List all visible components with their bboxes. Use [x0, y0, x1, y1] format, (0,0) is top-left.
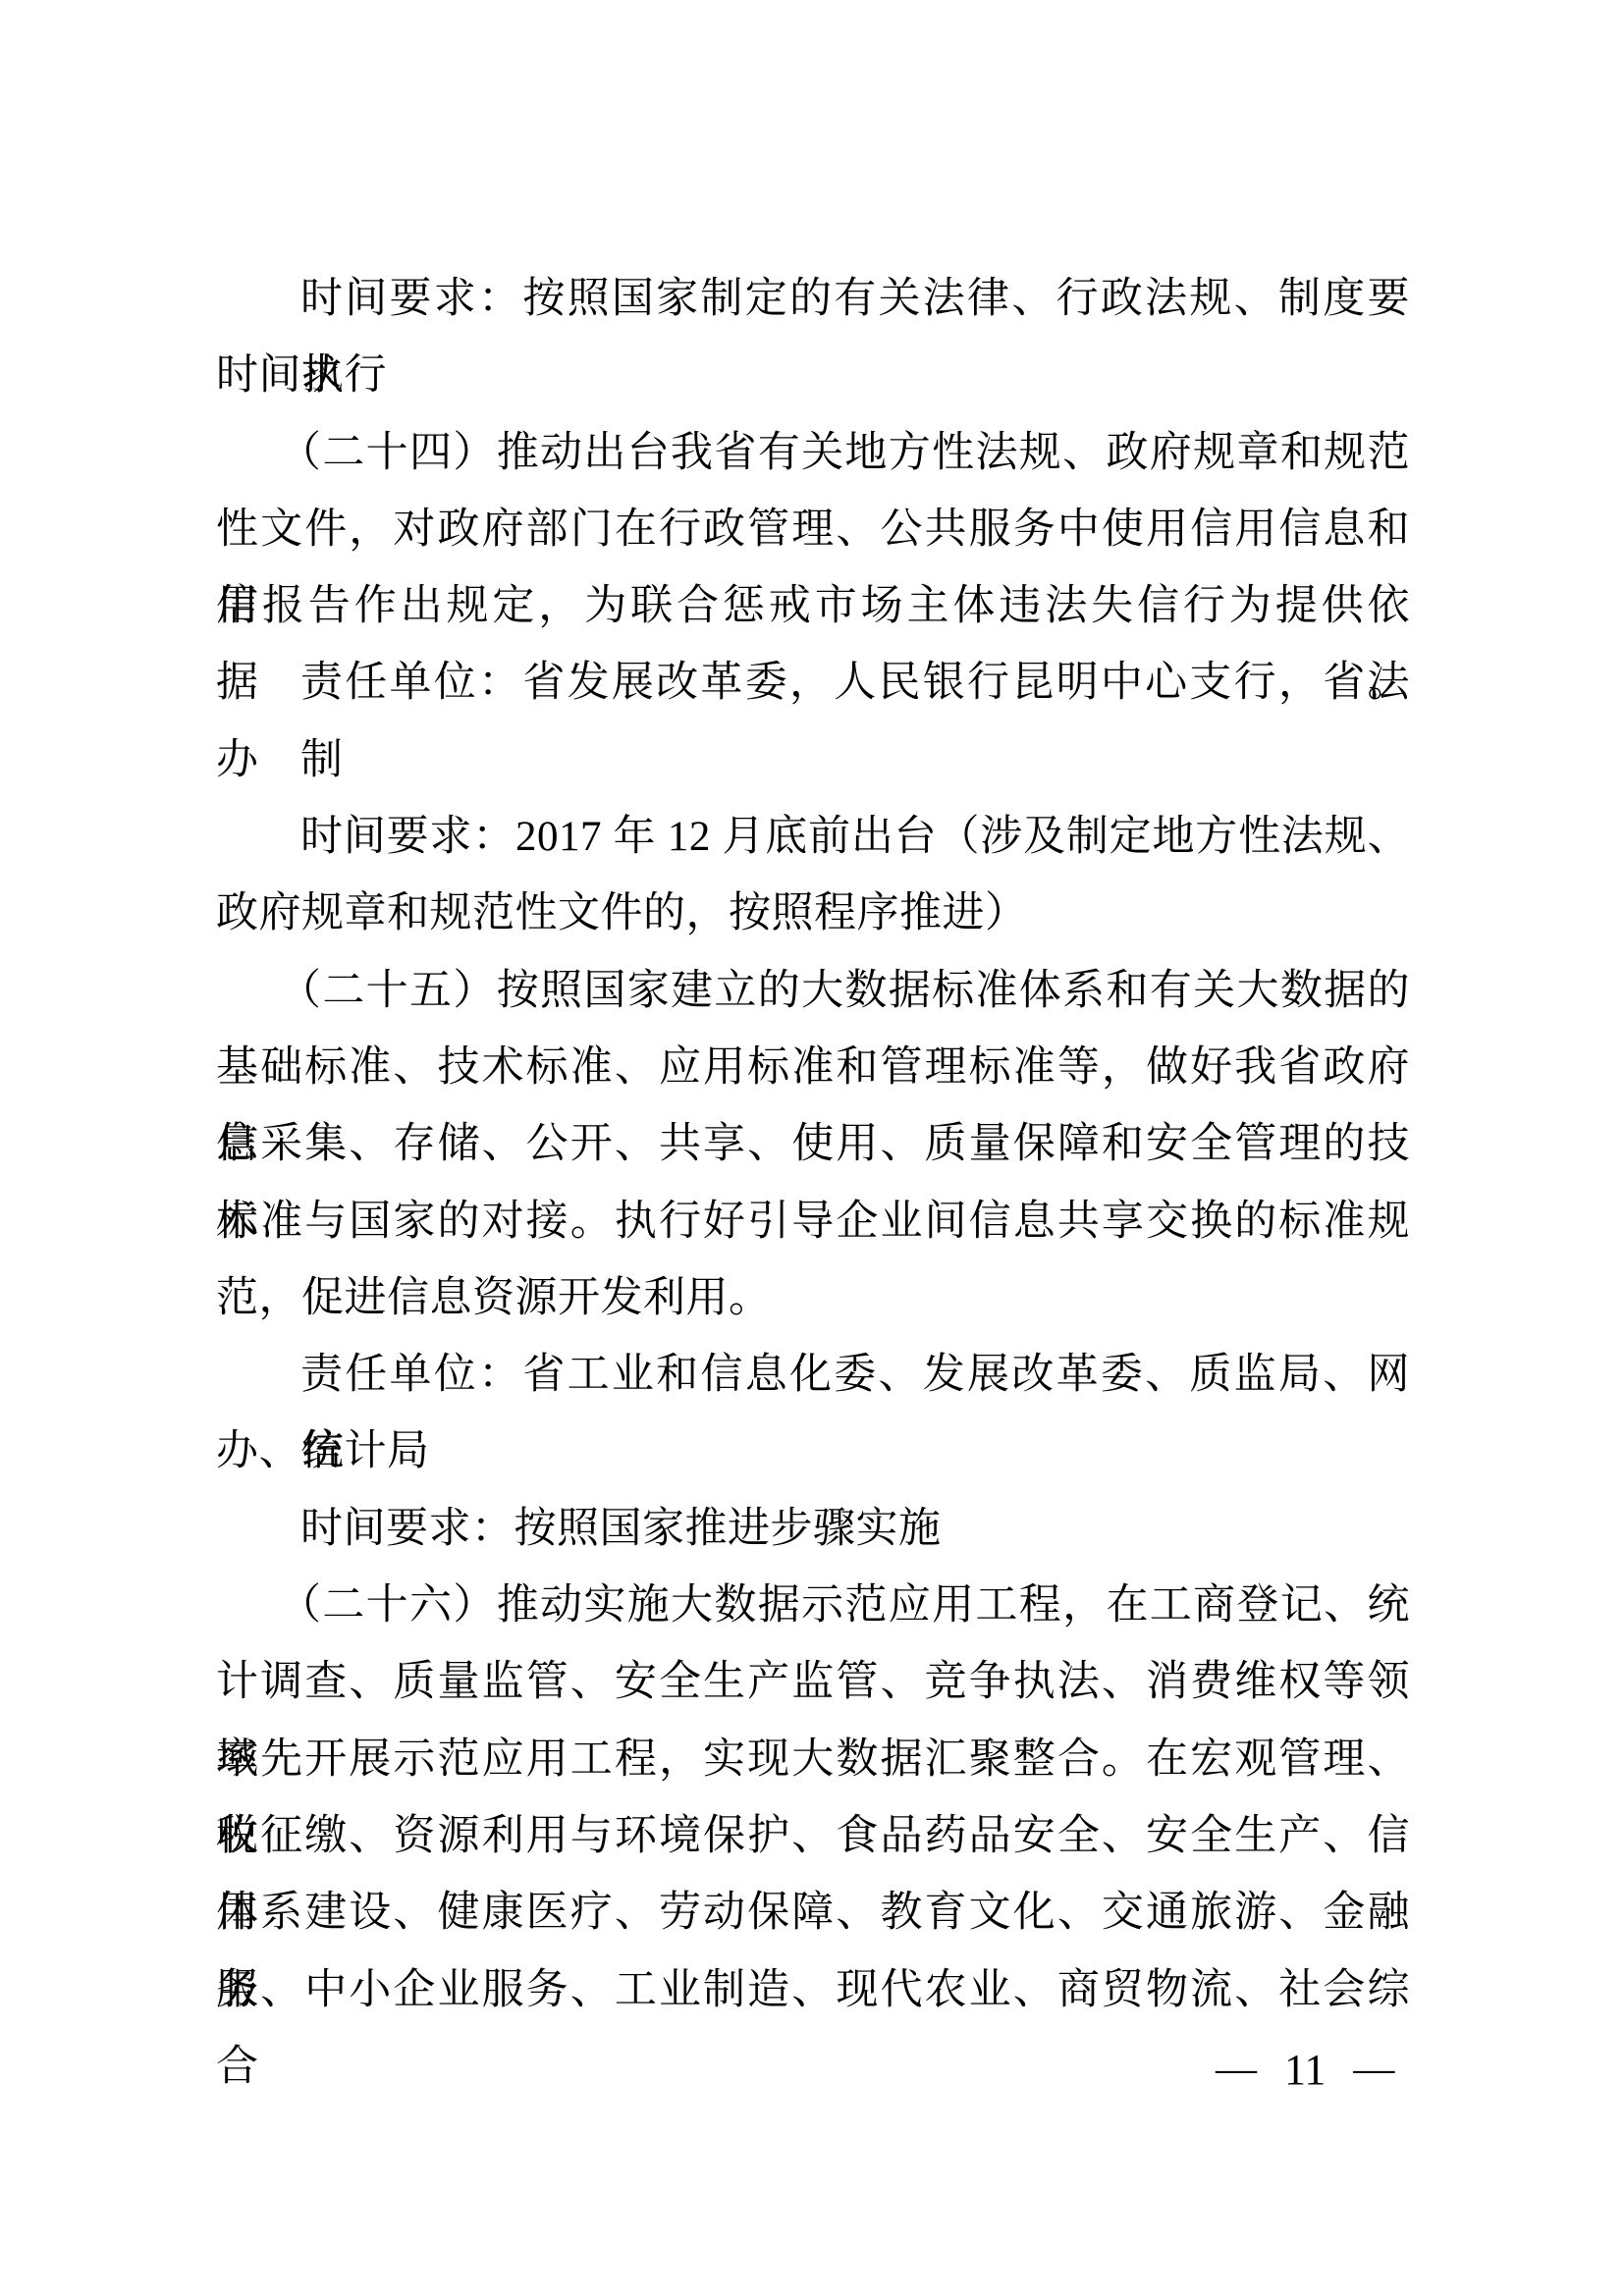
page-number-dash-left: — — [1216, 2046, 1257, 2093]
document-line: 时间执行 — [216, 338, 1410, 414]
document-line: 责任单位：省工业和信息化委、发展改革委、质监局、网信 — [216, 1337, 1410, 1414]
document-line: 政府规章和规范性文件的，按照程序推进） — [216, 876, 1410, 952]
document-line: 息采集、存储、公开、共享、使用、质量保障和安全管理的技术 — [216, 1106, 1410, 1183]
document-line: 办 — [216, 722, 1410, 799]
page-number-value: 11 — [1284, 2045, 1326, 2095]
document-line: 基础标准、技术标准、应用标准和管理标准等，做好我省政府信 — [216, 1030, 1410, 1106]
document-line: 时间要求：2017 年 12 月底前出台（涉及制定地方性法规、 — [216, 799, 1410, 876]
document-line: 范，促进信息资源开发利用。 — [216, 1260, 1410, 1337]
document-line: （二十六）推动实施大数据示范应用工程，在工商登记、统 — [216, 1568, 1410, 1644]
document-line: 标准与国家的对接。执行好引导企业间信息共享交换的标准规 — [216, 1184, 1410, 1260]
page-number: — 11 — — [1216, 2040, 1394, 2099]
document-line: 时间要求：按照国家推进步骤实施 — [216, 1491, 1410, 1568]
document-line: 率先开展示范应用工程，实现大数据汇聚整合。在宏观管理、税 — [216, 1722, 1410, 1798]
document-line: 务、中小企业服务、工业制造、现代农业、商贸物流、社会综合 — [216, 1952, 1410, 2029]
document-line: 办、统计局 — [216, 1414, 1410, 1490]
page-number-dash-right: — — [1353, 2046, 1394, 2093]
document-line: 责任单位：省发展改革委，人民银行昆明中心支行，省法制 — [216, 645, 1410, 721]
document-line: 时间要求：按照国家制定的有关法律、行政法规、制度要求 — [216, 261, 1410, 338]
document-line: 收征缴、资源利用与环境保护、食品药品安全、安全生产、信用 — [216, 1798, 1410, 1875]
document-line: 体系建设、健康医疗、劳动保障、教育文化、交通旅游、金融服 — [216, 1875, 1410, 1951]
document-line: 计调查、质量监管、安全生产监管、竞争执法、消费维权等领域 — [216, 1644, 1410, 1721]
document-line: （二十五）按照国家建立的大数据标准体系和有关大数据的 — [216, 953, 1410, 1030]
document-line: 性文件，对政府部门在行政管理、公共服务中使用信用信息和信 — [216, 492, 1410, 568]
document-text-block: 时间要求：按照国家制定的有关法律、行政法规、制度要求 时间执行 （二十四）推动出… — [216, 261, 1410, 2029]
document-line: 用报告作出规定，为联合惩戒市场主体违法失信行为提供依据。 — [216, 568, 1410, 645]
document-page: 时间要求：按照国家制定的有关法律、行政法规、制度要求 时间执行 （二十四）推动出… — [0, 0, 1624, 2296]
document-line: （二十四）推动出台我省有关地方性法规、政府规章和规范 — [216, 415, 1410, 492]
